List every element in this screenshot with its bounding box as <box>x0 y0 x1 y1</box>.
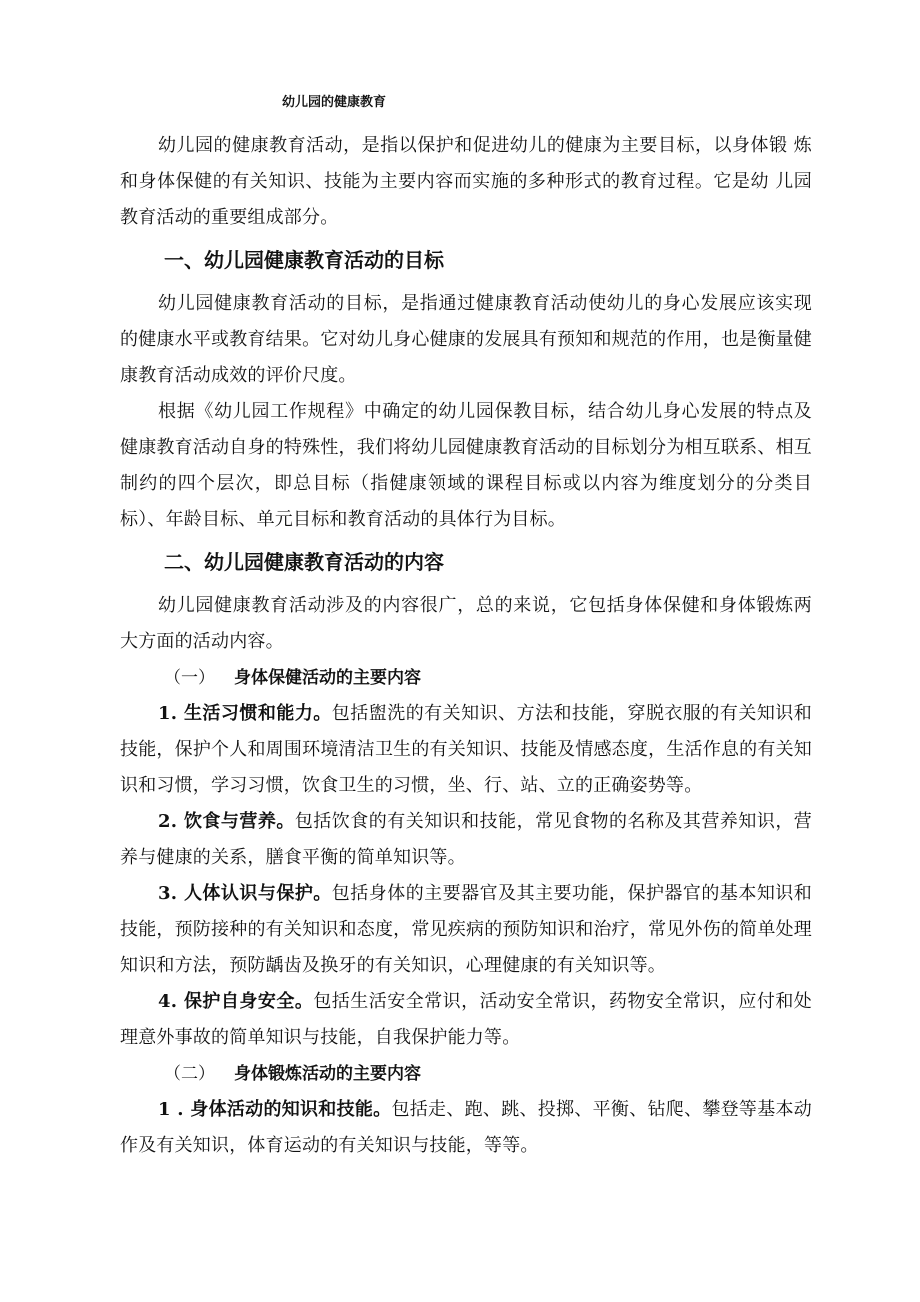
paragraph: 根据《幼儿园工作规程》中确定的幼儿园保教目标，结合幼儿身心发展的特点及健康教育活… <box>120 394 812 538</box>
paragraph: 幼儿园健康教育活动的目标，是指通过健康教育活动使幼儿的身心发展应该实现的健康水平… <box>120 286 812 394</box>
list-item: 1 . 身体活动的知识和技能。包括走、跑、跳、投掷、平衡、钻爬、攀登等基本动作及… <box>120 1092 812 1164</box>
list-item: 3. 人体认识与保护。包括身体的主要器官及其主要功能，保护器官的基本知识和技能，… <box>120 876 812 984</box>
subsection-number: （一） <box>164 660 234 696</box>
item-lead: 1. 生活习惯和能力。 <box>158 703 332 724</box>
paragraph: 幼儿园健康教育活动涉及的内容很广，总的来说，它包括身体保健和身体锻炼两大方面的活… <box>120 588 812 660</box>
section-heading-content: 二、幼儿园健康教育活动的内容 <box>164 542 812 582</box>
subsection-number: （二） <box>164 1056 234 1092</box>
subsection-title: 身体锻炼活动的主要内容 <box>234 1064 421 1084</box>
item-lead: 2. 饮食与营养。 <box>158 811 295 832</box>
item-lead: 1 . 身体活动的知识和技能。 <box>158 1099 391 1120</box>
section-heading-goals: 一、幼儿园健康教育活动的目标 <box>164 240 812 280</box>
document-page: 幼儿园的健康教育 幼儿园的健康教育活动，是指以保护和促进幼儿的健康为主要目标，以… <box>120 90 812 1164</box>
subsection-heading-exercise: （二）身体锻炼活动的主要内容 <box>164 1056 812 1092</box>
list-item: 1. 生活习惯和能力。包括盥洗的有关知识、方法和技能，穿脱衣服的有关知识和技能，… <box>120 696 812 804</box>
subsection-title: 身体保健活动的主要内容 <box>234 668 421 688</box>
intro-paragraph: 幼儿园的健康教育活动，是指以保护和促进幼儿的健康为主要目标，以身体锻 炼和身体保… <box>120 128 812 236</box>
subsection-heading-health-care: （一）身体保健活动的主要内容 <box>164 660 812 696</box>
item-lead: 3. 人体认识与保护。 <box>158 883 332 904</box>
list-item: 4. 保护自身安全。包括生活安全常识，活动安全常识，药物安全常识，应付和处理意外… <box>120 984 812 1056</box>
list-item: 2. 饮食与营养。包括饮食的有关知识和技能，常见食物的名称及其营养知识，营养与健… <box>120 804 812 876</box>
item-lead: 4. 保护自身安全。 <box>158 991 313 1012</box>
document-title: 幼儿园的健康教育 <box>282 90 812 116</box>
